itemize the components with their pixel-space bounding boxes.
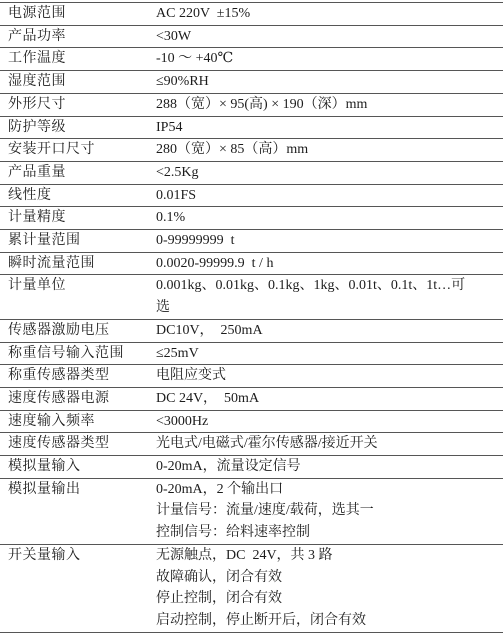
spec-value: 288（宽）× 95(高) × 190（深）mm xyxy=(148,94,503,116)
spec-row-metering-accuracy: 计量精度 0.1% xyxy=(0,207,503,230)
spec-value: <3000Hz xyxy=(148,411,503,433)
spec-row-load-cell-type: 称重传感器类型 电阻应变式 xyxy=(0,365,503,388)
spec-value-line: 0.0020-99999.9 t / h xyxy=(156,253,499,275)
spec-value-line: 电阻应变式 xyxy=(156,365,499,387)
spec-value-line: 控制信号：给料速率控制 xyxy=(156,522,499,544)
spec-row-sensor-excitation-voltage: 传感器激励电压 DC10V， 250mA xyxy=(0,320,503,343)
spec-value: 无源触点，DC 24V，共 3 路 故障确认，闭合有效 停止控制，闭合有效 启动… xyxy=(148,545,503,632)
spec-value-line: <30W xyxy=(156,26,499,48)
spec-label: 累计量范围 xyxy=(0,230,148,252)
spec-value-line: 停止控制，闭合有效 xyxy=(156,588,499,610)
spec-value: 光电式/电磁式/霍尔传感器/接近开关 xyxy=(148,433,503,455)
spec-value: DC 24V， 50mA xyxy=(148,388,503,410)
spec-value: 280（宽）× 85（高）mm xyxy=(148,139,503,161)
spec-value: <2.5Kg xyxy=(148,162,503,184)
spec-value-line: DC10V， 250mA xyxy=(156,320,499,342)
spec-label: 速度传感器类型 xyxy=(0,433,148,455)
spec-label: 防护等级 xyxy=(0,117,148,139)
spec-value: ≤25mV xyxy=(148,343,503,365)
spec-value: 0.01FS xyxy=(148,185,503,207)
spec-label: 安装开口尺寸 xyxy=(0,139,148,161)
spec-value: AC 220V ±15% xyxy=(148,3,503,25)
spec-value-line: DC 24V， 50mA xyxy=(156,388,499,410)
spec-row-product-power: 产品功率 <30W xyxy=(0,26,503,49)
spec-value-line: 选 xyxy=(156,297,499,319)
spec-label: 称重传感器类型 xyxy=(0,365,148,387)
spec-row-outline-dimensions: 外形尺寸 288（宽）× 95(高) × 190（深）mm xyxy=(0,94,503,117)
spec-label: 电源范围 xyxy=(0,3,148,25)
spec-value-line: ≤25mV xyxy=(156,343,499,365)
spec-label: 模拟量输入 xyxy=(0,456,148,478)
spec-label: 开关量输入 xyxy=(0,545,148,567)
spec-label: 瞬时流量范围 xyxy=(0,253,148,275)
spec-value-line: 启动控制，停止断开后，闭合有效 xyxy=(156,610,499,632)
spec-label: 产品功率 xyxy=(0,26,148,48)
spec-row-speed-input-frequency: 速度输入频率 <3000Hz xyxy=(0,411,503,434)
spec-value: DC10V， 250mA xyxy=(148,320,503,342)
spec-row-linearity: 线性度 0.01FS xyxy=(0,185,503,208)
spec-value-line: 计量信号：流量/速度/载荷，选其一 xyxy=(156,500,499,522)
spec-row-power-range: 电源范围 AC 220V ±15% xyxy=(0,3,503,26)
spec-row-analog-input: 模拟量输入 0-20mA，流量设定信号 xyxy=(0,456,503,479)
spec-row-speed-sensor-type: 速度传感器类型 光电式/电磁式/霍尔传感器/接近开关 xyxy=(0,433,503,456)
spec-label: 模拟量输出 xyxy=(0,479,148,501)
spec-value-line: -10 ～ +40℃ xyxy=(156,48,499,70)
spec-row-protection-class: 防护等级 IP54 xyxy=(0,117,503,140)
spec-label: 工作温度 xyxy=(0,48,148,70)
spec-row-product-weight: 产品重量 <2.5Kg xyxy=(0,162,503,185)
spec-value: 0-20mA，流量设定信号 xyxy=(148,456,503,478)
spec-value: 电阻应变式 xyxy=(148,365,503,387)
spec-value: 0.001kg、0.01kg、0.1kg、1kg、0.01t、0.1t、1t…可… xyxy=(148,275,503,318)
spec-row-working-temperature: 工作温度 -10 ～ +40℃ xyxy=(0,48,503,71)
spec-value: 0.0020-99999.9 t / h xyxy=(148,253,503,275)
spec-value-line: 0.001kg、0.01kg、0.1kg、1kg、0.01t、0.1t、1t…可 xyxy=(156,275,499,297)
spec-value: IP54 xyxy=(148,117,503,139)
spec-label: 称重信号输入范围 xyxy=(0,343,148,365)
spec-value: -10 ～ +40℃ xyxy=(148,48,503,70)
spec-value: 0-99999999 t xyxy=(148,230,503,252)
spec-value-line: 0-20mA，流量设定信号 xyxy=(156,456,499,478)
spec-label: 速度输入频率 xyxy=(0,411,148,433)
spec-value-line: IP54 xyxy=(156,117,499,139)
spec-value: <30W xyxy=(148,26,503,48)
spec-value-line: <3000Hz xyxy=(156,411,499,433)
spec-label: 计量单位 xyxy=(0,275,148,297)
spec-table: 电源范围 AC 220V ±15% 产品功率 <30W 工作温度 -10 ～ +… xyxy=(0,2,503,633)
spec-value-line: 0.1% xyxy=(156,207,499,229)
spec-label: 外形尺寸 xyxy=(0,94,148,116)
spec-value: 0.1% xyxy=(148,207,503,229)
spec-value-line: 0-20mA，2 个输出口 xyxy=(156,479,499,501)
spec-label: 计量精度 xyxy=(0,207,148,229)
spec-label: 产品重量 xyxy=(0,162,148,184)
spec-row-weighing-signal-input-range: 称重信号输入范围 ≤25mV xyxy=(0,343,503,366)
spec-row-mounting-cutout: 安装开口尺寸 280（宽）× 85（高）mm xyxy=(0,139,503,162)
spec-value-line: <2.5Kg xyxy=(156,162,499,184)
spec-label: 传感器激励电压 xyxy=(0,320,148,342)
spec-row-metering-units: 计量单位 0.001kg、0.01kg、0.1kg、1kg、0.01t、0.1t… xyxy=(0,275,503,319)
spec-value-line: 无源触点，DC 24V，共 3 路 xyxy=(156,545,499,567)
spec-row-switch-input: 开关量输入 无源触点，DC 24V，共 3 路 故障确认，闭合有效 停止控制，闭… xyxy=(0,545,503,633)
spec-value-line: 光电式/电磁式/霍尔传感器/接近开关 xyxy=(156,433,499,455)
spec-value-line: 故障确认，闭合有效 xyxy=(156,567,499,589)
spec-value: 0-20mA，2 个输出口 计量信号：流量/速度/载荷，选其一 控制信号：给料速… xyxy=(148,479,503,544)
spec-value-line: 0-99999999 t xyxy=(156,230,499,252)
spec-label: 湿度范围 xyxy=(0,71,148,93)
spec-value-line: ≤90%RH xyxy=(156,71,499,93)
spec-row-humidity-range: 湿度范围 ≤90%RH xyxy=(0,71,503,94)
spec-row-totalizer-range: 累计量范围 0-99999999 t xyxy=(0,230,503,253)
spec-value-line: 0.01FS xyxy=(156,185,499,207)
spec-value-line: AC 220V ±15% xyxy=(156,3,499,25)
spec-value-line: 288（宽）× 95(高) × 190（深）mm xyxy=(156,94,499,116)
spec-row-speed-sensor-power: 速度传感器电源 DC 24V， 50mA xyxy=(0,388,503,411)
spec-value: ≤90%RH xyxy=(148,71,503,93)
spec-label: 速度传感器电源 xyxy=(0,388,148,410)
spec-row-analog-output: 模拟量输出 0-20mA，2 个输出口 计量信号：流量/速度/载荷，选其一 控制… xyxy=(0,479,503,545)
spec-label: 线性度 xyxy=(0,185,148,207)
spec-value-line: 280（宽）× 85（高）mm xyxy=(156,139,499,161)
spec-row-instantaneous-flow-range: 瞬时流量范围 0.0020-99999.9 t / h xyxy=(0,253,503,276)
